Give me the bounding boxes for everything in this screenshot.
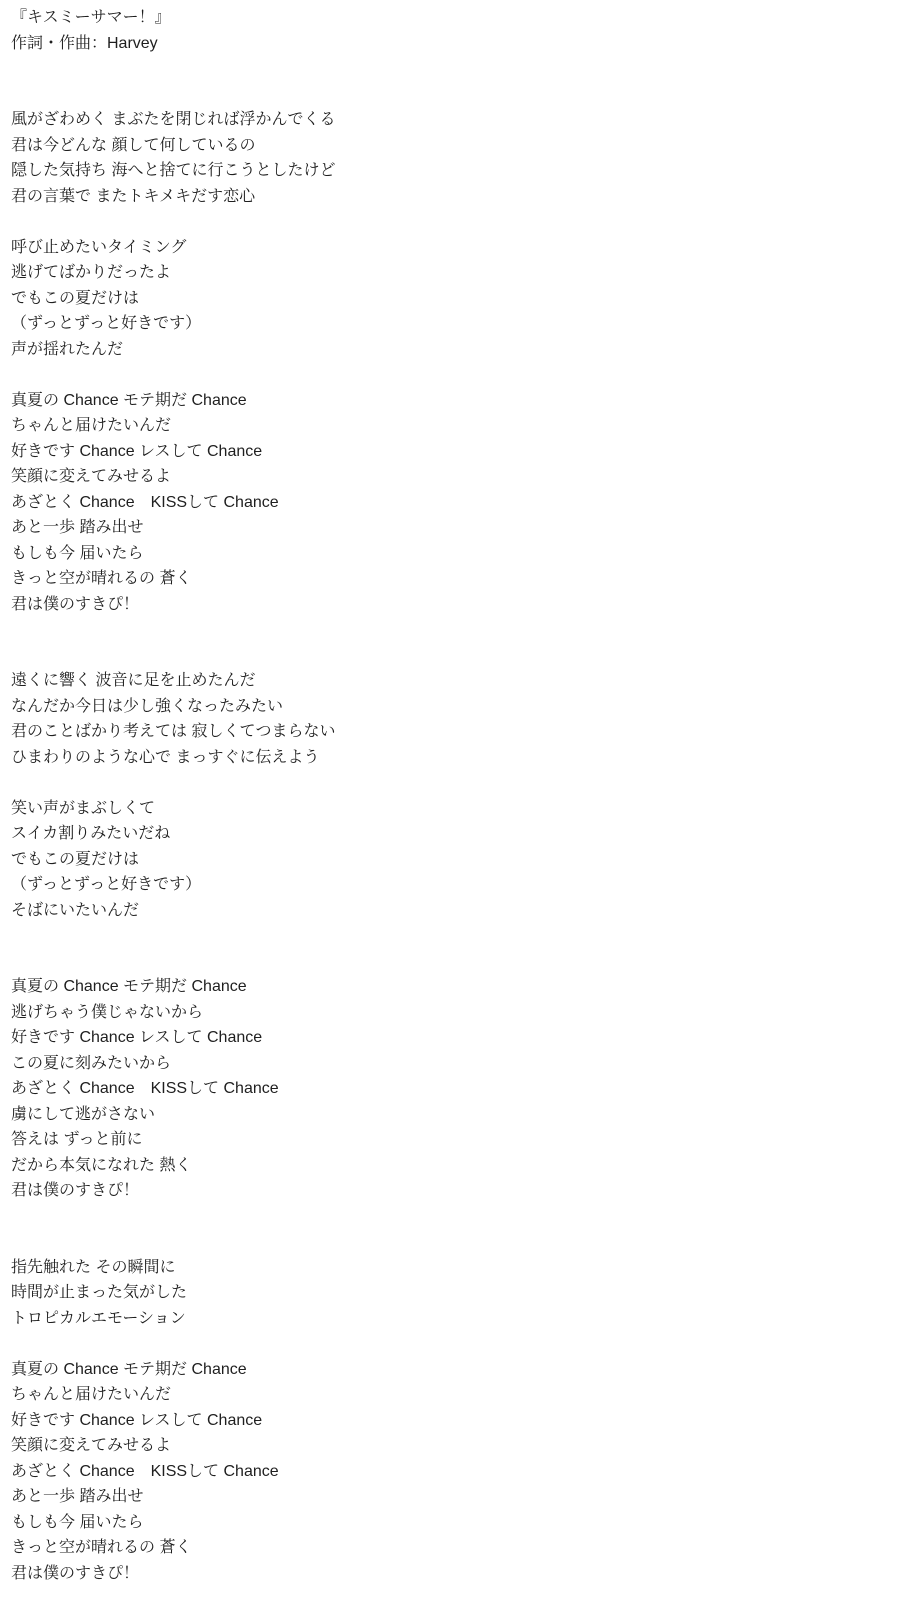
lyric-line: なんだか今日は少し強くなったみたい (11, 694, 900, 720)
lyric-line: でもこの夏だけは (11, 847, 900, 873)
lyric-line: きっと空が晴れるの 蒼く (11, 1535, 900, 1561)
lyric-line: 君のことばかり考えては 寂しくてつまらない (11, 719, 900, 745)
lyric-line: 好きです Chance レスして Chance (11, 1025, 900, 1051)
lyric-line: 時間が止まった気がした (11, 1280, 900, 1306)
stanza-pre-chorus-2: 笑い声がまぶしくて スイカ割りみたいだね でもこの夏だけは （ずっとずっと好きで… (11, 796, 900, 924)
lyric-line: 答えは ずっと前に (11, 1127, 900, 1153)
lyric-line: ひまわりのような心で まっすぐに伝えよう (11, 745, 900, 771)
stanza-bridge: 指先触れた その瞬間に 時間が止まった気がした トロピカルエモーション (11, 1255, 900, 1332)
lyric-line: 笑顔に変えてみせるよ (11, 1433, 900, 1459)
lyric-line: トロピカルエモーション (11, 1306, 900, 1332)
stanza-verse-1: 風がざわめく まぶたを閉じれば浮かんでくる 君は今どんな 顔して何しているの 隠… (11, 107, 900, 209)
lyric-line: （ずっとずっと好きです） (11, 872, 900, 898)
lyric-line: 真夏の Chance モテ期だ Chance (11, 974, 900, 1000)
song-title: 『キスミーサマー！』 (11, 5, 900, 31)
lyric-line: 好きです Chance レスして Chance (11, 1408, 900, 1434)
lyric-line: （ずっとずっと好きです） (11, 311, 900, 337)
lyric-line: もしも今 届いたら (11, 1510, 900, 1536)
lyric-line: この夏に刻みたいから (11, 1051, 900, 1077)
lyric-line: 笑い声がまぶしくて (11, 796, 900, 822)
lyric-line: 逃げてばかりだったよ (11, 260, 900, 286)
lyric-line: だから本気になれた 熱く (11, 1153, 900, 1179)
stanza-chorus-1: 真夏の Chance モテ期だ Chance ちゃんと届けたいんだ 好きです C… (11, 388, 900, 618)
lyric-line: きっと空が晴れるの 蒼く (11, 566, 900, 592)
lyrics-page: 『キスミーサマー！』 作詞・作曲：Harvey 風がざわめく まぶたを閉じれば浮… (0, 0, 900, 1586)
stanza-pre-chorus-1: 呼び止めたいタイミング 逃げてばかりだったよ でもこの夏だけは （ずっとずっと好… (11, 235, 900, 363)
lyric-line: 君の言葉で またトキメキだす恋心 (11, 184, 900, 210)
lyric-line: 風がざわめく まぶたを閉じれば浮かんでくる (11, 107, 900, 133)
lyric-line: 虜にして逃がさない (11, 1102, 900, 1128)
lyric-line: スイカ割りみたいだね (11, 821, 900, 847)
lyric-line: あざとく Chance KISSして Chance (11, 1459, 900, 1485)
lyric-line: もしも今 届いたら (11, 541, 900, 567)
lyric-line: そばにいたいんだ (11, 898, 900, 924)
stanza-chorus-3: 真夏の Chance モテ期だ Chance ちゃんと届けたいんだ 好きです C… (11, 1357, 900, 1587)
title-block: 『キスミーサマー！』 作詞・作曲：Harvey (11, 5, 900, 56)
lyric-line: ちゃんと届けたいんだ (11, 1382, 900, 1408)
lyric-line: ちゃんと届けたいんだ (11, 413, 900, 439)
lyric-line: あと一歩 踏み出せ (11, 1484, 900, 1510)
lyric-line: 君は僕のすきぴ！ (11, 592, 900, 618)
lyric-line: あと一歩 踏み出せ (11, 515, 900, 541)
lyric-line: 君は僕のすきぴ！ (11, 1178, 900, 1204)
stanza-chorus-2: 真夏の Chance モテ期だ Chance 逃げちゃう僕じゃないから 好きです… (11, 974, 900, 1204)
lyric-line: 指先触れた その瞬間に (11, 1255, 900, 1281)
lyric-line: 君は僕のすきぴ！ (11, 1561, 900, 1587)
lyric-line: 真夏の Chance モテ期だ Chance (11, 1357, 900, 1383)
lyric-line: 君は今どんな 顔して何しているの (11, 133, 900, 159)
lyric-line: あざとく Chance KISSして Chance (11, 1076, 900, 1102)
lyric-line: 声が揺れたんだ (11, 337, 900, 363)
lyric-line: 笑顔に変えてみせるよ (11, 464, 900, 490)
lyric-line: 隠した気持ち 海へと捨てに行こうとしたけど (11, 158, 900, 184)
lyric-line: 逃げちゃう僕じゃないから (11, 1000, 900, 1026)
lyric-line: 遠くに響く 波音に足を止めたんだ (11, 668, 900, 694)
stanza-verse-2: 遠くに響く 波音に足を止めたんだ なんだか今日は少し強くなったみたい 君のことば… (11, 668, 900, 770)
lyric-line: 好きです Chance レスして Chance (11, 439, 900, 465)
lyric-line: でもこの夏だけは (11, 286, 900, 312)
credit-line: 作詞・作曲：Harvey (11, 31, 900, 57)
lyric-line: 真夏の Chance モテ期だ Chance (11, 388, 900, 414)
lyric-line: 呼び止めたいタイミング (11, 235, 900, 261)
lyric-line: あざとく Chance KISSして Chance (11, 490, 900, 516)
